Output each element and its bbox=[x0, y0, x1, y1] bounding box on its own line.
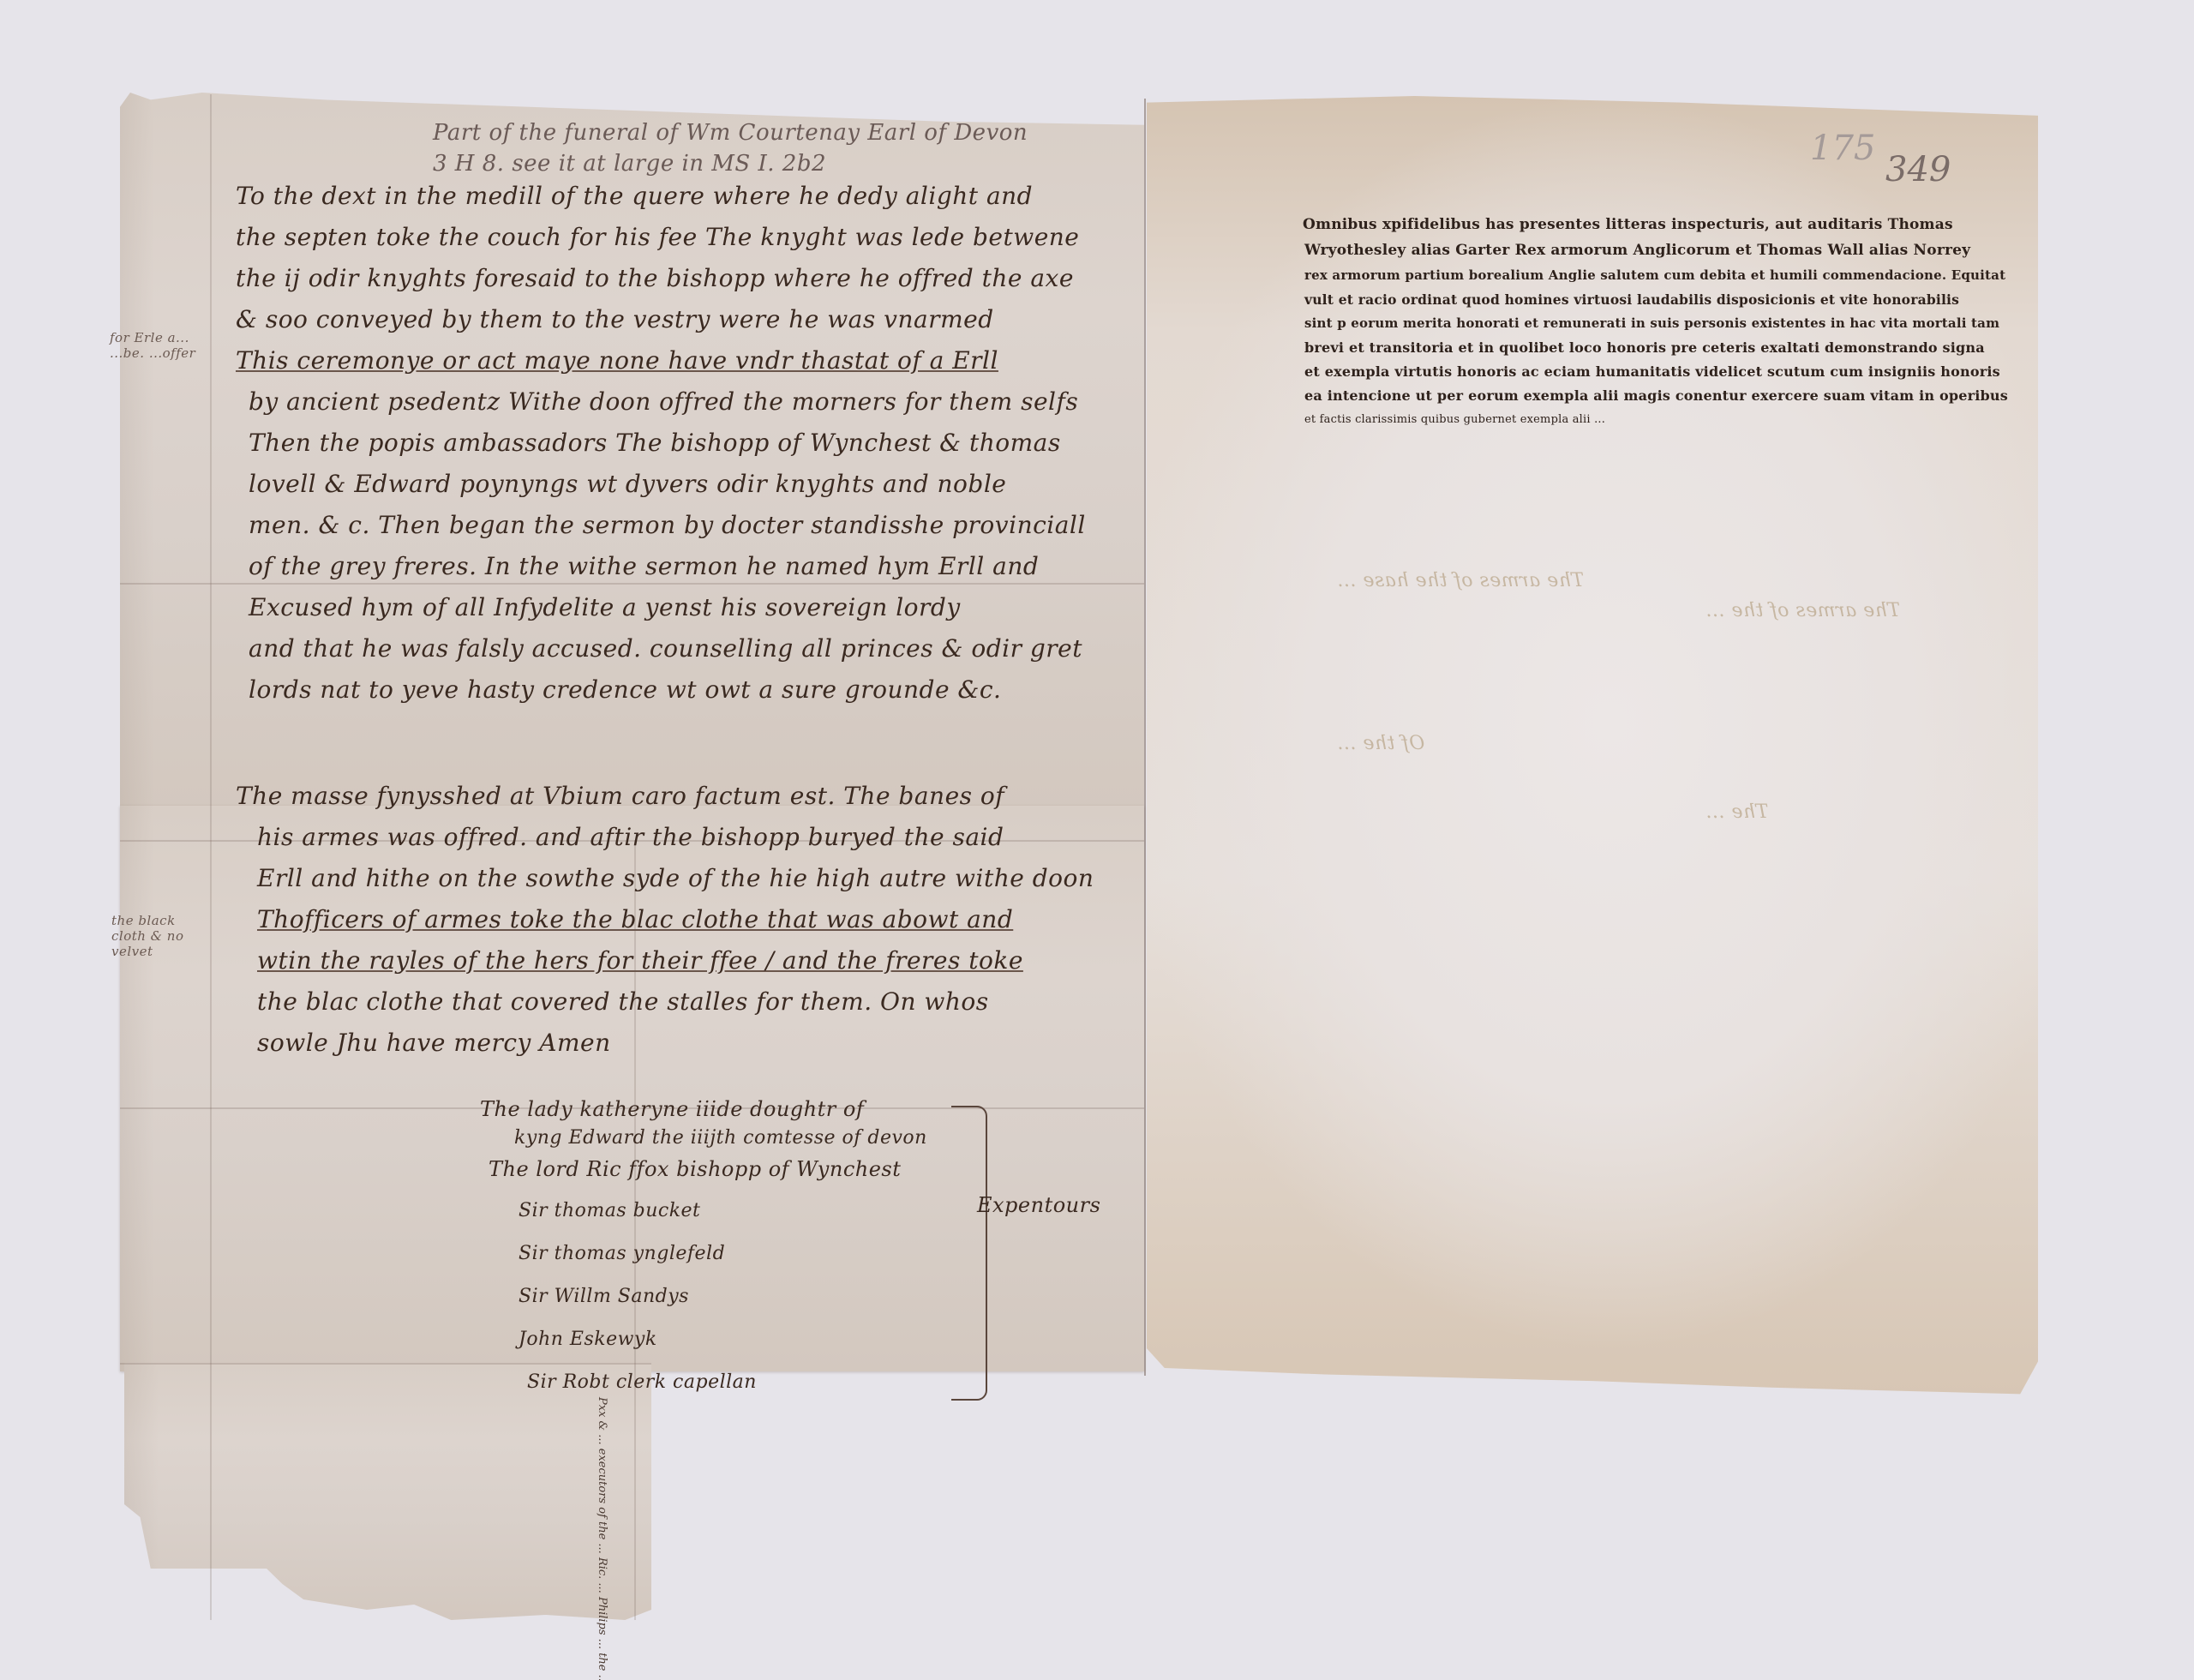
latin-line: vult et racio ordinat quod homines virtu… bbox=[1304, 291, 1959, 308]
executor-line: The lady katheryne iiide doughtr of bbox=[480, 1097, 864, 1121]
latin-line: et exempla virtutis honoris ac eciam hum… bbox=[1304, 363, 2000, 380]
left-page-flap bbox=[124, 1363, 651, 1620]
text-line: the blac clothe that covered the stalles… bbox=[257, 987, 989, 1016]
text-line: of the grey freres. In the withe sermon … bbox=[249, 552, 1039, 580]
text-line: lords nat to yeve hasty credence wt owt … bbox=[249, 675, 1001, 704]
latin-line: brevi et transitoria et in quolibet loco… bbox=[1304, 339, 1985, 356]
text-line: lovell & Edward poynyngs wt dyvers odir … bbox=[249, 470, 1006, 498]
fold-line bbox=[120, 583, 1144, 585]
margin-note-black-cloth: the black cloth & no velvet bbox=[111, 913, 206, 959]
bleed-line: The ... bbox=[1705, 801, 1768, 823]
bracket bbox=[951, 1106, 987, 1401]
executor-line: kyng Edward the iiijth comtesse of devon bbox=[514, 1127, 927, 1149]
fold-line bbox=[1144, 99, 1146, 1376]
header-note-line-1: Part of the funeral of Wm Courtenay Earl… bbox=[433, 120, 1028, 146]
text-line: Erll and hithe on the sowthe syde of the… bbox=[257, 864, 1094, 892]
text-line: This ceremonye or act maye none have vnd… bbox=[236, 346, 998, 375]
executors-label: Expentours bbox=[977, 1193, 1100, 1217]
executor-line: The lord Ric ffox bishopp of Wynchest bbox=[489, 1157, 901, 1181]
text-line: wtin the rayles of the hers for their ff… bbox=[257, 946, 1023, 975]
latin-line: rex armorum partium borealium Anglie sal… bbox=[1304, 267, 2005, 283]
margin-note-erle: for Erle a... ...be. ...offer bbox=[110, 330, 213, 361]
text-line: his armes was offred. and aftir the bish… bbox=[257, 823, 1004, 851]
header-note-line-2: 3 H 8. see it at large in MS I. 2b2 bbox=[433, 151, 826, 177]
executor-line: Sir Willm Sandys bbox=[519, 1286, 689, 1307]
latin-line: Omnibus xpifidelibus has presentes litte… bbox=[1303, 216, 1953, 233]
text-line: the ij odir knyghts foresaid to the bish… bbox=[236, 264, 1074, 292]
endorsement-note: Pxx & ... executors of the ... Ric. ... … bbox=[596, 1397, 608, 1680]
text-line: & soo conveyed by them to the vestry wer… bbox=[236, 305, 994, 333]
bleed-line: The armes of the ... bbox=[1705, 600, 1900, 621]
fold-line bbox=[210, 94, 212, 1620]
latin-line: ea intencione ut per eorum exempla alii … bbox=[1304, 387, 2008, 404]
executor-line: Sir Robt clerk capellan bbox=[527, 1371, 757, 1393]
text-line: The masse fynysshed at Vbium caro factum… bbox=[236, 782, 1004, 810]
executor-line: Sir thomas ynglefeld bbox=[519, 1243, 725, 1264]
text-line: Excused hym of all Infydelite a yenst hi… bbox=[249, 593, 961, 621]
text-line: men. & c. Then began the sermon by docte… bbox=[249, 511, 1086, 539]
text-line: To the dext in the medill of the quere w… bbox=[236, 182, 1033, 210]
text-line: by ancient psedentz Withe doon offred th… bbox=[249, 387, 1078, 416]
fold-line bbox=[120, 1363, 651, 1365]
latin-line: et factis clarissimis quibus gubernet ex… bbox=[1304, 413, 1605, 426]
latin-line: Wryothesley alias Garter Rex armorum Ang… bbox=[1304, 242, 1970, 259]
bleed-line: The armes of the hase ... bbox=[1337, 570, 1584, 591]
bleed-line: Of the ... bbox=[1337, 733, 1424, 754]
folio-number-new: 349 bbox=[1885, 150, 1951, 189]
text-line: and that he was falsly accused. counsell… bbox=[249, 634, 1082, 663]
latin-line: sint p eorum merita honorati et remunera… bbox=[1304, 315, 1999, 331]
executor-line: Sir thomas bucket bbox=[519, 1200, 700, 1221]
text-line: sowle Jhu have mercy Amen bbox=[257, 1029, 611, 1057]
folio-number-old: 175 bbox=[1810, 129, 1875, 168]
text-line: Thofficers of armes toke the blac clothe… bbox=[257, 905, 1013, 933]
executor-line: John Eskewyk bbox=[519, 1329, 657, 1350]
text-line: Then the popis ambassadors The bishopp o… bbox=[249, 429, 1061, 457]
text-line: the septen toke the couch for his fee Th… bbox=[236, 223, 1079, 251]
